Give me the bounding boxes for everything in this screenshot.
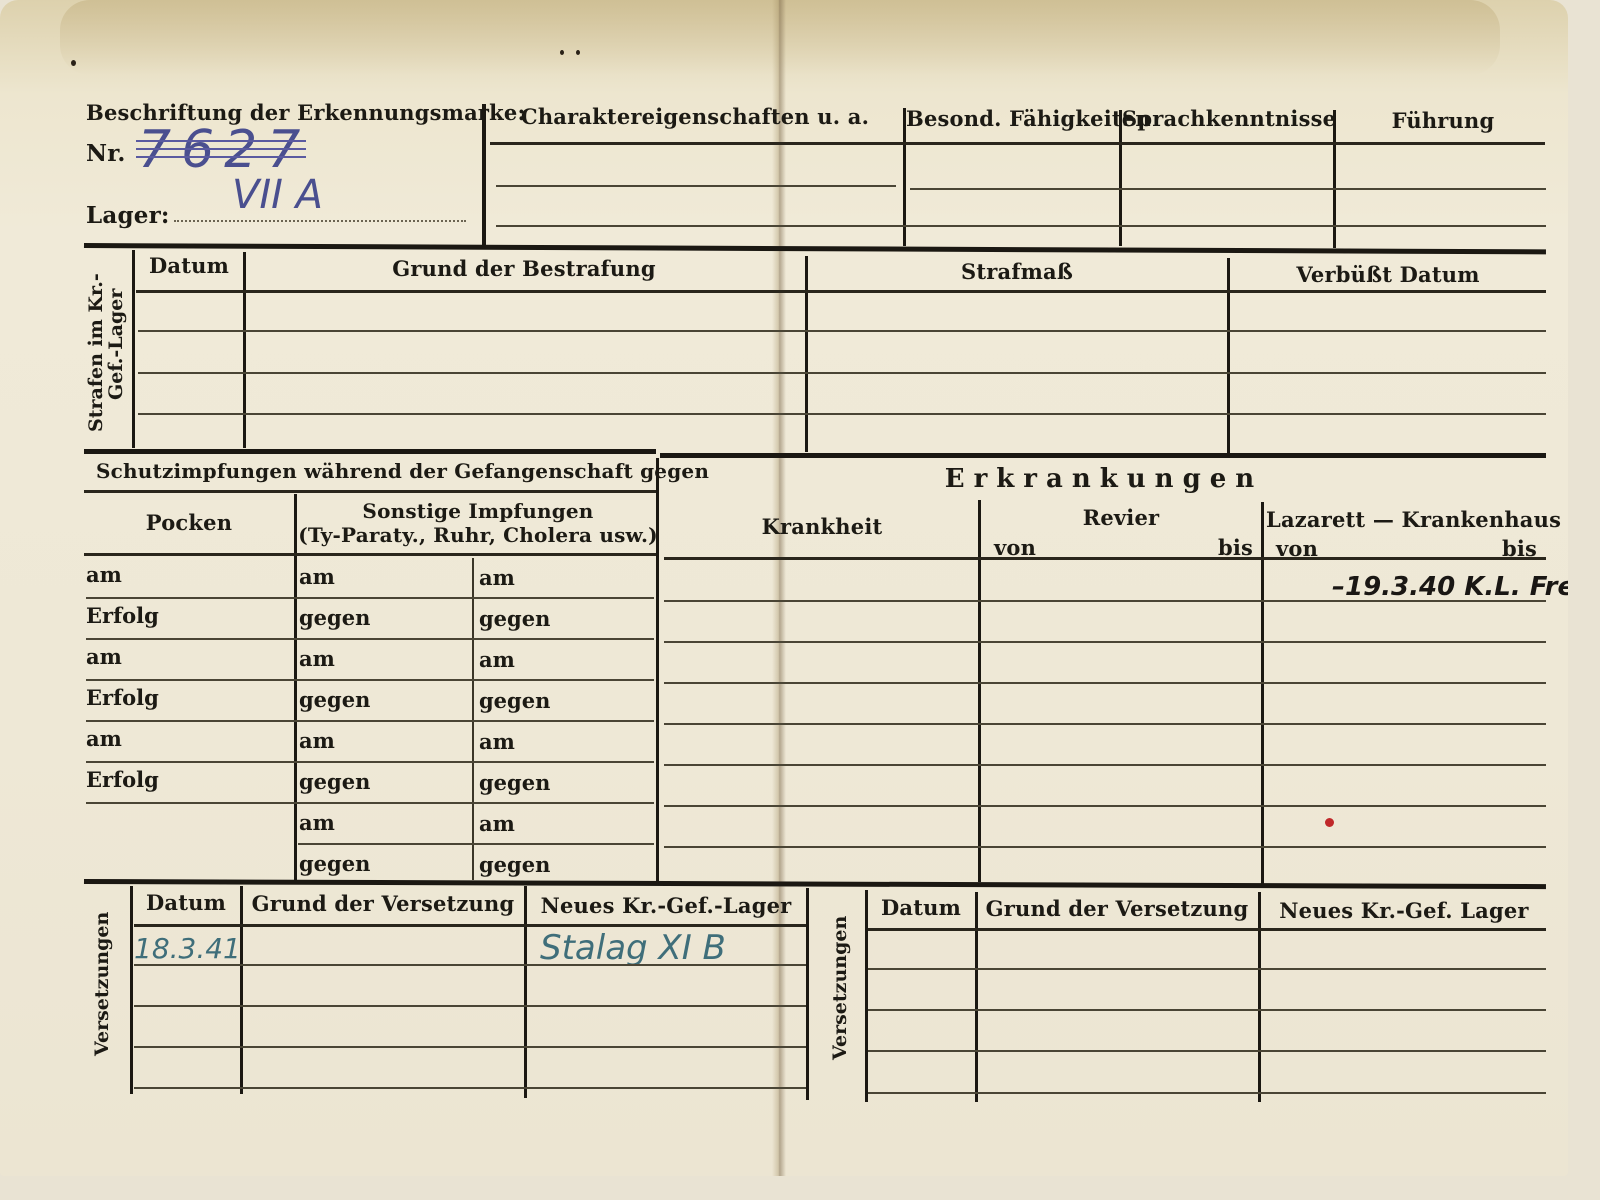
divider bbox=[524, 886, 527, 1098]
rule bbox=[136, 290, 1546, 293]
punishments-side-label-1: Strafen im Kr.- bbox=[86, 273, 106, 432]
section-rule bbox=[660, 453, 1546, 458]
other-vacc-row: am bbox=[299, 810, 335, 835]
strike-line bbox=[136, 156, 306, 158]
rule bbox=[86, 720, 654, 722]
divider bbox=[472, 558, 474, 880]
col-illness: Krankheit bbox=[664, 514, 980, 539]
rule bbox=[496, 225, 1546, 227]
rule bbox=[86, 638, 654, 640]
other-vacc-row: gegen bbox=[299, 687, 370, 712]
rule bbox=[86, 802, 654, 804]
rule bbox=[138, 413, 1546, 415]
rule bbox=[910, 188, 1546, 190]
col-other-vaccinations: Sonstige Impfungen bbox=[298, 499, 658, 523]
divider bbox=[806, 888, 809, 1100]
rule bbox=[868, 968, 1546, 970]
col-punishment-reason: Grund der Bestrafung bbox=[246, 256, 802, 281]
pocken-row: am bbox=[86, 726, 122, 751]
rule bbox=[868, 928, 1546, 931]
divider bbox=[130, 886, 133, 1094]
other-vacc-row-2: am bbox=[479, 729, 515, 754]
rule bbox=[138, 330, 1546, 332]
nr-value: 7627 bbox=[138, 120, 310, 180]
transfer-date-entry: 18.3.41 bbox=[134, 932, 241, 965]
lager-dotted-line bbox=[174, 220, 466, 222]
col-sickbay: Revier bbox=[982, 505, 1260, 530]
pocken-row: Erfolg bbox=[86, 603, 159, 628]
rule bbox=[664, 641, 1546, 643]
other-vacc-row: gegen bbox=[299, 605, 370, 630]
rule bbox=[868, 1050, 1546, 1052]
col-character: Charaktereigenschaften u. a. bbox=[490, 104, 900, 129]
other-vacc-row: gegen bbox=[299, 769, 370, 794]
col-other-vaccinations-sub: (Ty-Paraty., Ruhr, Cholera usw.) bbox=[298, 523, 658, 547]
rule bbox=[664, 805, 1546, 807]
rule bbox=[664, 723, 1546, 725]
divider bbox=[243, 252, 246, 448]
other-vacc-row-2: am bbox=[479, 565, 515, 590]
col-sentence: Strafmaß bbox=[808, 259, 1226, 284]
rule bbox=[496, 185, 896, 187]
other-vacc-row-2: gegen bbox=[479, 606, 550, 631]
col-new-camp-right: Neues Kr.-Gef. Lager bbox=[1262, 898, 1546, 923]
other-vacc-row-2: gegen bbox=[479, 770, 550, 795]
rule bbox=[664, 764, 1546, 766]
rule bbox=[664, 600, 1546, 602]
col-new-camp: Neues Kr.-Gef.-Lager bbox=[528, 893, 804, 918]
vaccinations-title: Schutzimpfungen während der Gefangenscha… bbox=[96, 459, 709, 483]
rule bbox=[86, 679, 654, 681]
rule bbox=[134, 1087, 806, 1089]
pocken-row: am bbox=[86, 562, 122, 587]
rule bbox=[134, 1005, 806, 1007]
transfers-side-label-right: Versetzungen bbox=[830, 916, 850, 1060]
rule bbox=[664, 557, 1546, 560]
col-served-date: Verbüßt Datum bbox=[1230, 262, 1546, 287]
other-vacc-row: gegen bbox=[299, 851, 370, 876]
strike-line bbox=[136, 148, 306, 150]
speck bbox=[71, 60, 76, 66]
col-transfer-date-right: Datum bbox=[868, 895, 974, 920]
other-vacc-row: am bbox=[299, 646, 335, 671]
lager-label: Lager: bbox=[86, 202, 170, 229]
col-hospital: Lazarett — Krankenhaus bbox=[1266, 507, 1548, 532]
rule bbox=[868, 1009, 1546, 1011]
other-vacc-row-2: gegen bbox=[479, 852, 550, 877]
col-date: Datum bbox=[136, 253, 242, 278]
divider bbox=[132, 250, 135, 448]
transfer-camp-entry: Stalag XI B bbox=[540, 928, 726, 968]
other-vacc-row-2: gegen bbox=[479, 688, 550, 713]
rule bbox=[134, 924, 806, 927]
divider bbox=[1333, 110, 1336, 248]
divider bbox=[294, 494, 297, 880]
divider bbox=[1258, 892, 1261, 1102]
transfers-side-label-left: Versetzungen bbox=[92, 912, 112, 1056]
other-vacc-row: am bbox=[299, 564, 335, 589]
divider bbox=[805, 256, 808, 452]
rule bbox=[84, 490, 656, 493]
speck bbox=[560, 50, 564, 55]
rule bbox=[490, 142, 1545, 145]
other-vacc-row: am bbox=[299, 728, 335, 753]
section-rule bbox=[84, 449, 656, 454]
col-smallpox: Pocken bbox=[86, 510, 292, 535]
col-transfer-date: Datum bbox=[134, 890, 238, 915]
divider bbox=[656, 458, 659, 884]
rule bbox=[86, 597, 654, 599]
col-transfer-reason: Grund der Versetzung bbox=[244, 891, 522, 916]
col-transfer-reason-right: Grund der Versetzung bbox=[978, 896, 1256, 921]
divider bbox=[240, 886, 243, 1094]
rule bbox=[664, 846, 1546, 848]
rule bbox=[298, 843, 654, 845]
pocken-row: am bbox=[86, 644, 122, 669]
other-vacc-row-2: am bbox=[479, 811, 515, 836]
col-abilities: Besond. Fähigkeiten bbox=[906, 106, 1118, 131]
red-mark bbox=[1325, 818, 1334, 827]
col-conduct: Führung bbox=[1338, 108, 1548, 133]
rule bbox=[86, 761, 654, 763]
rule bbox=[138, 372, 1546, 374]
divider bbox=[975, 892, 978, 1102]
col-languages: Sprachkenntnisse bbox=[1122, 106, 1334, 131]
rule bbox=[84, 553, 656, 556]
rule bbox=[134, 964, 806, 966]
nr-label: Nr. bbox=[86, 140, 126, 167]
rule bbox=[664, 682, 1546, 684]
center-fold bbox=[772, 0, 786, 1176]
punishments-side-label-2: Gef.-Lager bbox=[106, 289, 126, 400]
strike-line bbox=[136, 140, 306, 142]
lager-value: VII A bbox=[232, 172, 323, 218]
divider bbox=[1227, 258, 1230, 454]
illnesses-title: Erkrankungen bbox=[662, 464, 1546, 494]
divider bbox=[482, 104, 486, 246]
divider bbox=[865, 890, 868, 1102]
other-vacc-row-2: am bbox=[479, 647, 515, 672]
pocken-row: Erfolg bbox=[86, 685, 159, 710]
rule bbox=[868, 1092, 1546, 1094]
speck bbox=[576, 50, 580, 55]
pocken-row: Erfolg bbox=[86, 767, 159, 792]
hospital-entry: –19.3.40 K.L. Freisi bbox=[1332, 572, 1568, 602]
rule bbox=[134, 1046, 806, 1048]
